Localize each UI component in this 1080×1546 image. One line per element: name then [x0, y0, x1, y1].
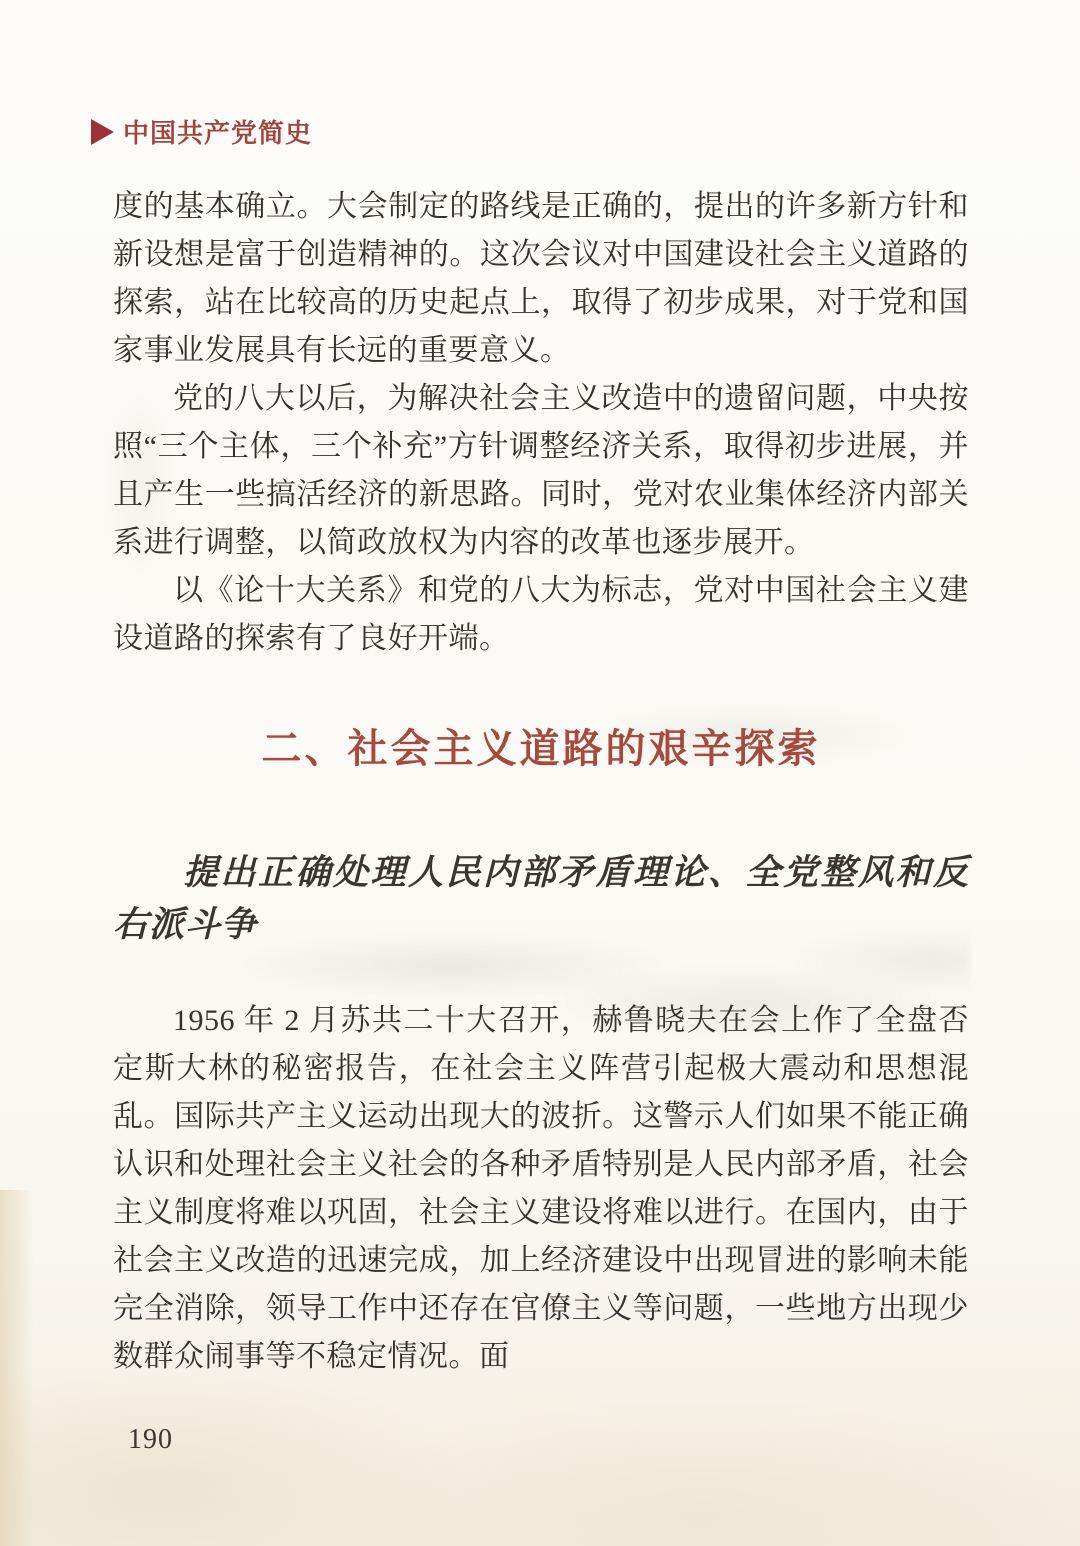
- book-page: 中国共产党简史 度的基本确立。大会制定的路线是正确的，提出的许多新方针和新设想是…: [0, 0, 1080, 1546]
- paragraph-continuation: 度的基本确立。大会制定的路线是正确的，提出的许多新方针和新设想是富于创造精神的。…: [113, 183, 969, 375]
- red-triangle-icon: [91, 119, 114, 145]
- paragraph: 党的八大以后，为解决社会主义改造中的遗留问题，中央按照“三个主体，三个补充”方针…: [113, 375, 969, 567]
- book-title: 中国共产党简史: [123, 113, 312, 150]
- subsection-heading: 提出正确处理人民内部矛盾理论、全党整风和反右派斗争: [113, 847, 969, 951]
- paragraph: 以《论十大关系》和党的八大为标志，党对中国社会主义建设道路的探索有了良好开端。: [113, 567, 969, 663]
- section-heading: 二、社会主义道路的艰辛探索: [113, 725, 969, 773]
- scan-edge-shadow: [0, 1190, 34, 1546]
- page-number: 190: [128, 1424, 173, 1456]
- text-column: 度的基本确立。大会制定的路线是正确的，提出的许多新方针和新设想是富于创造精神的。…: [113, 183, 969, 1381]
- paragraph: 1956 年 2 月苏共二十大召开，赫鲁晓夫在会上作了全盘否定斯大林的秘密报告，…: [113, 997, 969, 1381]
- running-header: 中国共产党简史: [91, 113, 312, 150]
